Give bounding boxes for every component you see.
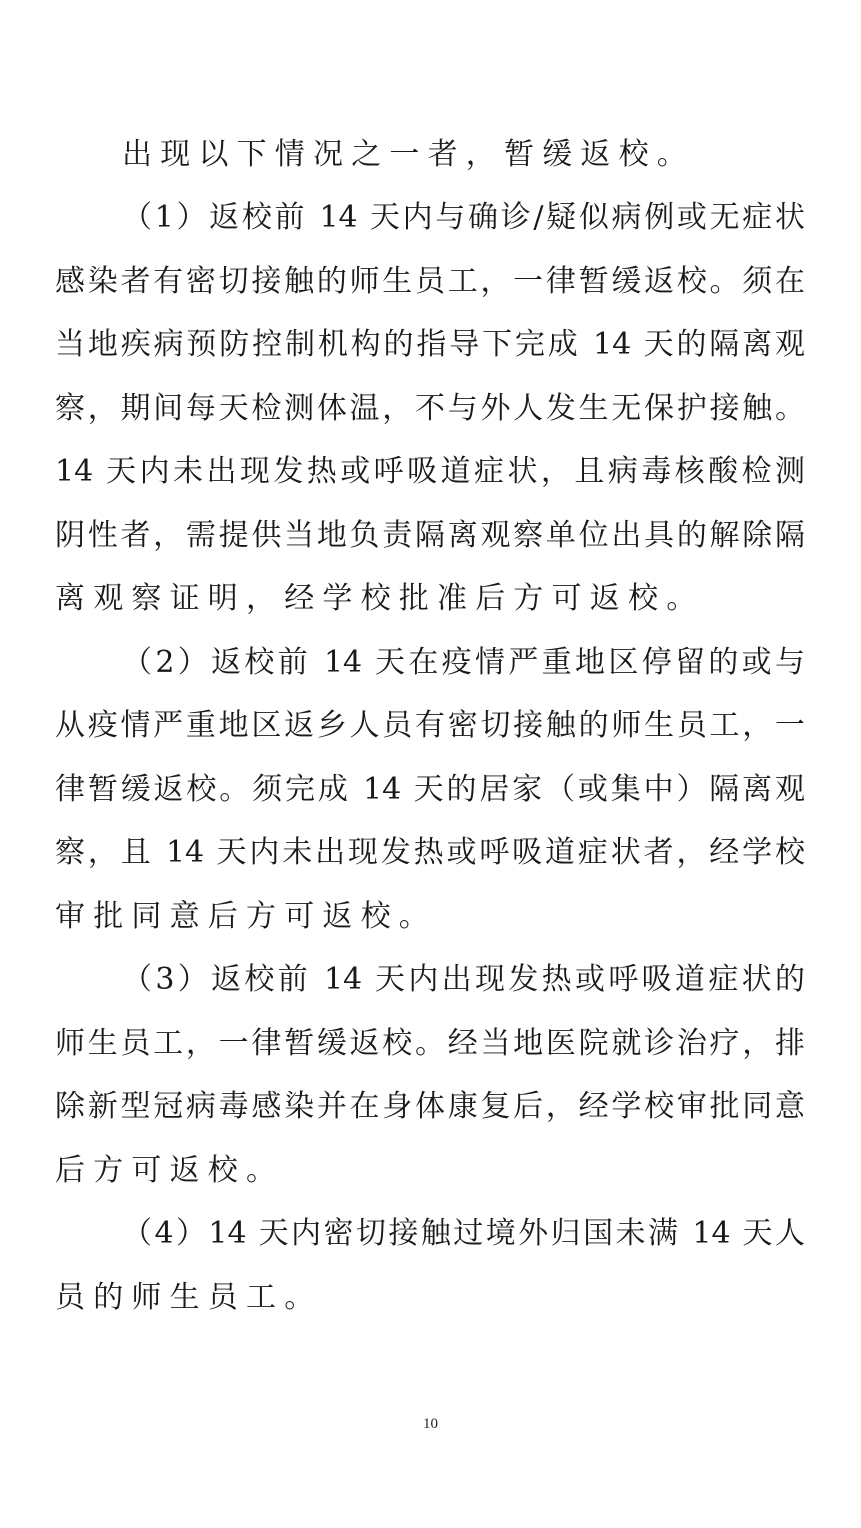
- text-line: 员的师生员工。: [55, 1273, 805, 1323]
- text-line: 14 天内未出现发热或呼吸道症状，且病毒核酸检测: [55, 447, 805, 497]
- text-line: 出现以下情况之一者，暂缓返校。: [122, 130, 805, 180]
- text-line: 律暂缓返校。须完成 14 天的居家（或集中）隔离观: [55, 765, 805, 815]
- text-line: 后方可返校。: [55, 1146, 805, 1196]
- text-line: 离观察证明，经学校批准后方可返校。: [55, 574, 805, 624]
- text-line: 察，期间每天检测体温，不与外人发生无保护接触。: [55, 384, 805, 434]
- text-line: （2）返校前 14 天在疫情严重地区停留的或与: [122, 638, 805, 688]
- text-line: 师生员工，一律暂缓返校。经当地医院就诊治疗，排: [55, 1019, 805, 1069]
- page-number: 10: [0, 1416, 861, 1433]
- text-line: 感染者有密切接触的师生员工，一律暂缓返校。须在: [55, 257, 805, 307]
- text-line: 察，且 14 天内未出现发热或呼吸道症状者，经学校: [55, 828, 805, 878]
- text-line: 从疫情严重地区返乡人员有密切接触的师生员工，一: [55, 701, 805, 751]
- text-line: 除新型冠病毒感染并在身体康复后，经学校审批同意: [55, 1082, 805, 1132]
- text-line: （3）返校前 14 天内出现发热或呼吸道症状的: [122, 955, 805, 1005]
- text-line: 阴性者，需提供当地负责隔离观察单位出具的解除隔: [55, 511, 805, 561]
- text-line: 当地疾病预防控制机构的指导下完成 14 天的隔离观: [55, 320, 805, 370]
- text-line: （1）返校前 14 天内与确诊/疑似病例或无症状: [122, 193, 805, 243]
- text-line: （4）14 天内密切接触过境外归国未满 14 天人: [122, 1209, 805, 1259]
- document-page: 出现以下情况之一者，暂缓返校。（1）返校前 14 天内与确诊/疑似病例或无症状感…: [0, 0, 861, 1528]
- text-line: 审批同意后方可返校。: [55, 892, 805, 942]
